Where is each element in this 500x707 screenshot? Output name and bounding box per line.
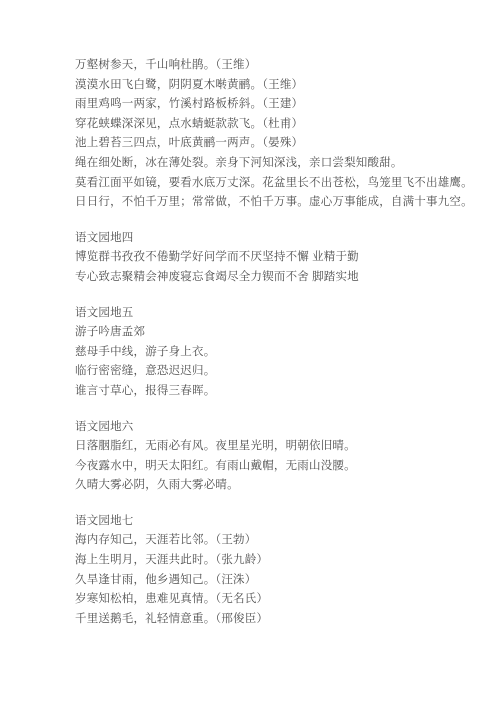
proverb-line: 今夜露水中，明天太阳红。有雨山戴帽，无雨山没腰。 (75, 457, 460, 477)
section-title: 语文园地六 (75, 418, 460, 438)
idiom-line: 博览群书孜孜不倦勤学好问学而不厌坚持不懈 业精于勤 (75, 248, 460, 268)
poem-line: 久旱逢甘雨，他乡遇知己。（汪洙） (75, 571, 460, 591)
proverb-line: 日日行，不怕千万里；常常做，不怕千万事。虚心万事能成，自满十事九空。 (75, 193, 460, 213)
section-yuwenyuandi-5: 语文园地五 游子吟唐孟郊 慈母手中线，游子身上衣。 临行密密缝，意恐迟迟归。 谁… (75, 304, 460, 402)
proverb-line: 绳在细处断，冰在薄处裂。亲身下河知深浅，亲口尝梨知酸甜。 (75, 154, 460, 174)
poem-title-line: 游子吟唐孟郊 (75, 323, 460, 343)
poem-line: 临行密密缝，意恐迟迟归。 (75, 362, 460, 382)
document-page: 万壑树参天，千山响杜鹃。（王维） 漠漠水田飞白鹭，阴阴夏木啭黄鹂。（王维） 雨里… (0, 0, 500, 707)
intro-paragraph: 万壑树参天，千山响杜鹃。（王维） 漠漠水田飞白鹭，阴阴夏木啭黄鹂。（王维） 雨里… (75, 56, 460, 213)
poem-line: 漠漠水田飞白鹭，阴阴夏木啭黄鹂。（王维） (75, 76, 460, 96)
section-title: 语文园地七 (75, 512, 460, 532)
poem-line: 谁言寸草心，报得三春晖。 (75, 382, 460, 402)
poem-line: 岁寒知松柏，患难见真情。（无名氏） (75, 590, 460, 610)
proverb-line: 久晴大雾必阴，久雨大雾必晴。 (75, 476, 460, 496)
poem-line: 慈母手中线，游子身上衣。 (75, 343, 460, 363)
poem-line: 雨里鸡鸣一两家，竹溪村路板桥斜。（王建） (75, 95, 460, 115)
poem-line: 海上生明月，天涯共此时。（张九龄） (75, 551, 460, 571)
section-title: 语文园地五 (75, 304, 460, 324)
text-content: 万壑树参天，千山响杜鹃。（王维） 漠漠水田飞白鹭，阴阴夏木啭黄鹂。（王维） 雨里… (75, 56, 460, 645)
proverb-line: 日落胭脂红，无雨必有风。夜里星光明，明朝依旧晴。 (75, 437, 460, 457)
section-yuwenyuandi-4: 语文园地四 博览群书孜孜不倦勤学好问学而不厌坚持不懈 业精于勤 专心致志聚精会神… (75, 229, 460, 288)
poem-line: 海内存知己，天涯若比邻。（王勃） (75, 531, 460, 551)
poem-line: 穿花蛱蝶深深见，点水蜻蜓款款飞。（杜甫） (75, 115, 460, 135)
section-title: 语文园地四 (75, 229, 460, 249)
section-yuwenyuandi-6: 语文园地六 日落胭脂红，无雨必有风。夜里星光明，明朝依旧晴。 今夜露水中，明天太… (75, 418, 460, 496)
poem-line: 池上碧苔三四点，叶底黄鹂一两声。（晏殊） (75, 134, 460, 154)
poem-line: 万壑树参天，千山响杜鹃。（王维） (75, 56, 460, 76)
section-yuwenyuandi-7: 语文园地七 海内存知己，天涯若比邻。（王勃） 海上生明月，天涯共此时。（张九龄）… (75, 512, 460, 630)
poem-line: 千里送鹅毛，礼轻情意重。（邢俊臣） (75, 610, 460, 630)
proverb-line: 莫看江面平如镜，要看水底万丈深。花盆里长不出苍松，鸟笼里飞不出雄鹰。 (75, 174, 460, 194)
idiom-line: 专心致志聚精会神废寝忘食竭尽全力锲而不舍 脚踏实地 (75, 268, 460, 288)
